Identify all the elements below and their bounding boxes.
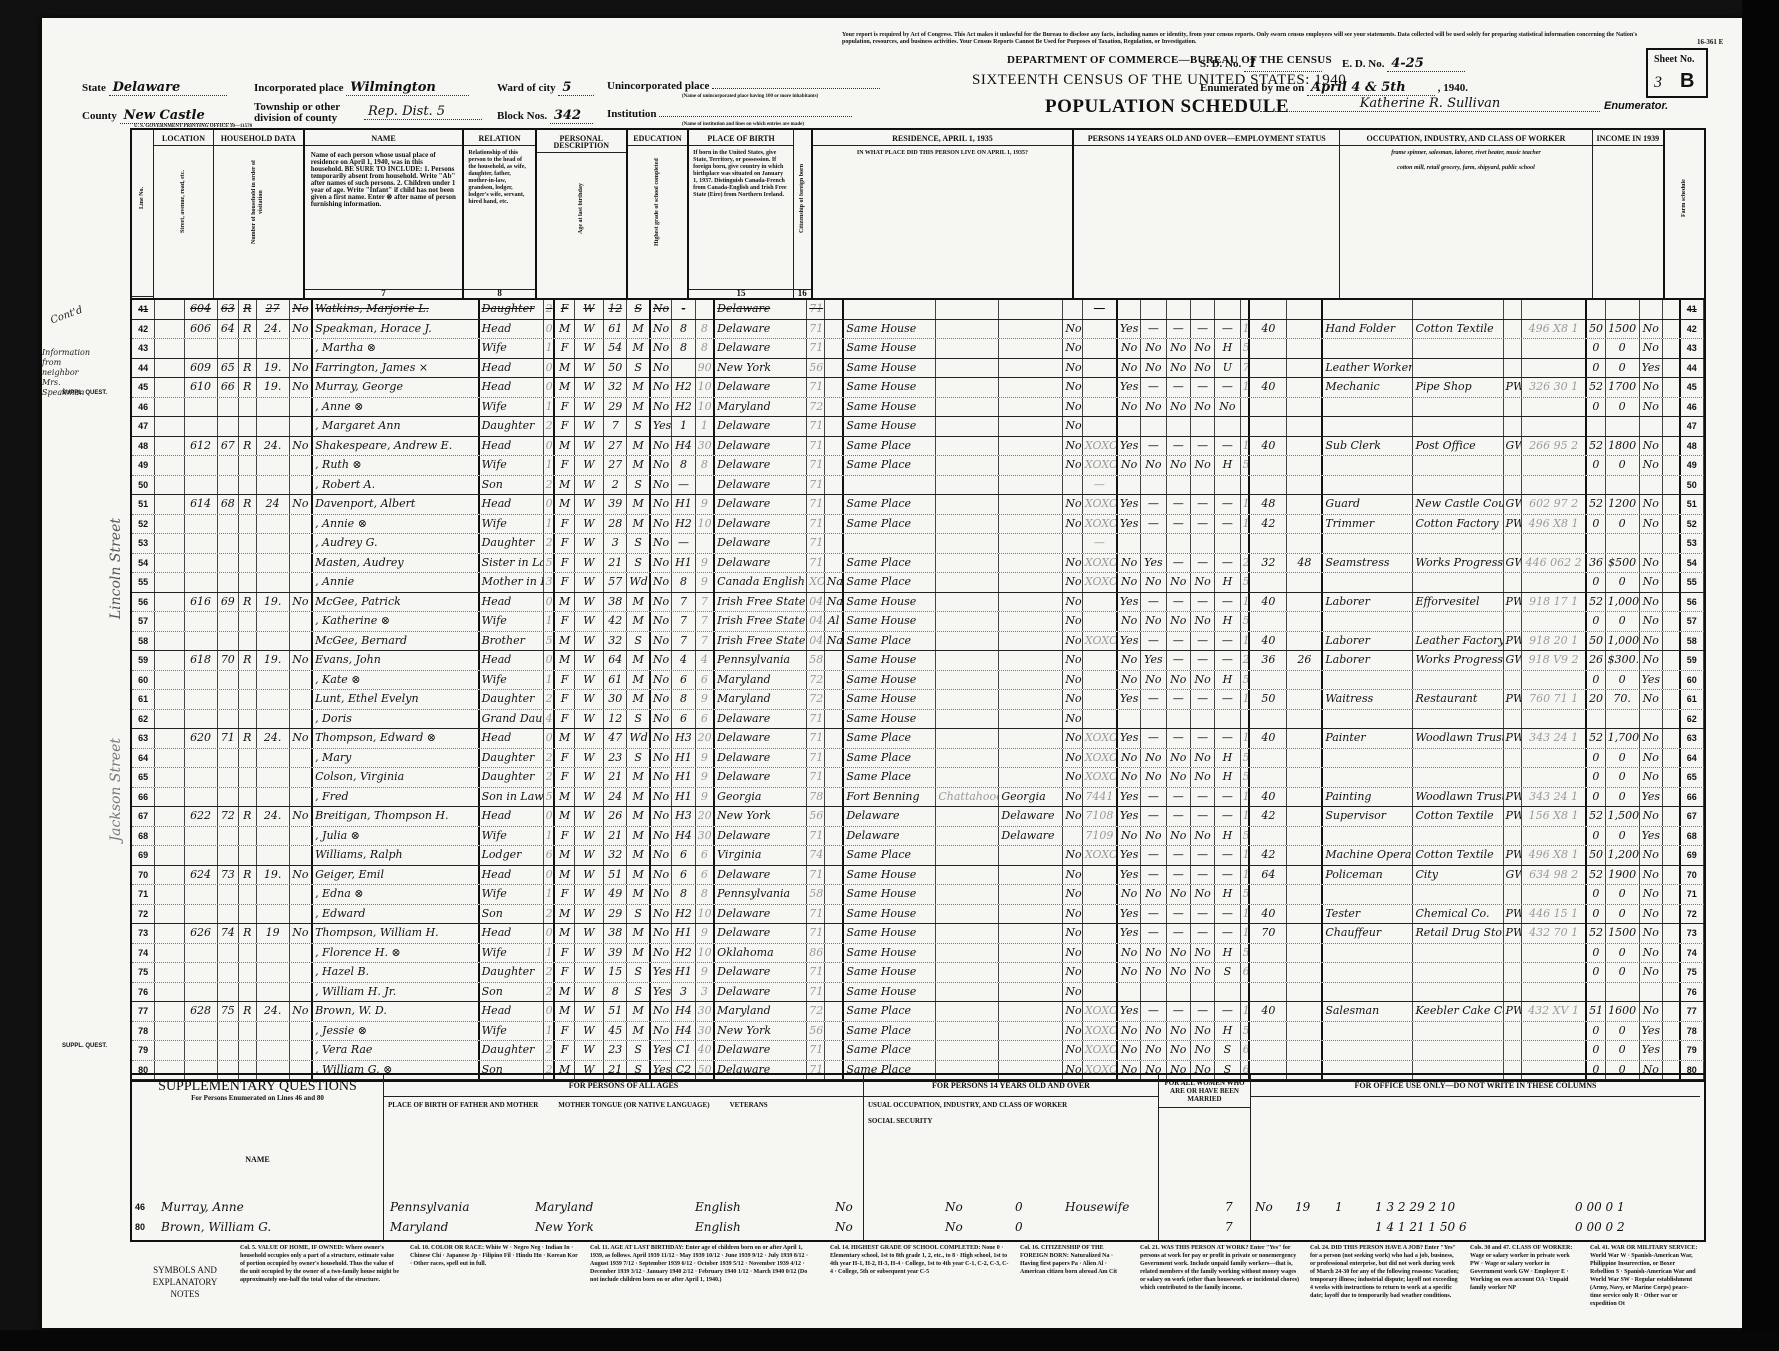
cell-codeB: 9: [696, 495, 716, 514]
cell-age: 23: [604, 1041, 627, 1060]
column-header-row: Line No. LOCATIONStreet, avenue, road, e…: [132, 130, 1704, 300]
table-row: 4260664R24.NoSpeakman, Horace J.Head0MW6…: [132, 320, 1704, 340]
cell-industry: Cotton Textile: [1413, 320, 1503, 339]
cell-codeC: 56: [807, 1022, 825, 1041]
enumerated-year: , 1940.: [1438, 82, 1468, 94]
cell-line: 58: [132, 632, 155, 651]
cell-codeD: —: [1083, 534, 1118, 553]
cell-emerg: No: [1167, 573, 1191, 592]
cell-school: No: [651, 573, 672, 592]
cell-cit: Al: [825, 612, 845, 631]
cell-farm-sched: [1663, 905, 1681, 924]
cell-wages: 1200: [1606, 495, 1640, 514]
cell-age: 3: [604, 534, 627, 553]
cell-race: W: [575, 671, 604, 690]
cell-relation: Wife: [480, 1022, 544, 1041]
cell-race: W: [575, 729, 604, 748]
table-row: 61Lunt, Ethel EvelynDaughter2FW30MNo89Ma…: [132, 690, 1704, 710]
cell-industry: [1413, 671, 1503, 690]
cell-other: [1215, 417, 1240, 436]
cell-codeA: 1: [544, 398, 556, 417]
cell-line: 68: [1681, 827, 1704, 846]
table-row: 46, Anne ⊗Wife1FW29MNoH210Maryland72Same…: [132, 398, 1704, 418]
cell-seeking: —: [1141, 320, 1166, 339]
cell-industry: [1413, 398, 1503, 417]
cell-industry: Retail Drug Store: [1413, 924, 1503, 943]
cell-industry: Works Progress: [1413, 554, 1503, 573]
cell-emerg: —: [1167, 846, 1191, 865]
supp-cell-age-marriage: [1292, 1217, 1328, 1237]
cell-name: Murray, George: [313, 378, 480, 397]
cell-farm: No: [290, 807, 313, 826]
cell-street: [155, 944, 184, 963]
cell-has-job: No: [1191, 1022, 1215, 1041]
cell-farm-sched: [1663, 515, 1681, 534]
cell-res-county: [936, 398, 999, 417]
cell-occupation: Salesman: [1323, 1002, 1413, 1021]
cell-cit: [825, 729, 845, 748]
cell-name: , Edward: [313, 905, 480, 924]
cell-codeB: 8: [696, 885, 716, 904]
cell-codeB: 1: [696, 417, 716, 436]
cell-birthplace: Delaware: [715, 924, 807, 943]
cell-other-inc: No: [1640, 807, 1663, 826]
cell-occupation: [1323, 612, 1413, 631]
cell-grade: 7: [672, 612, 695, 631]
cell-seeking: No: [1141, 359, 1166, 378]
cell-weeks-unemp: [1287, 456, 1323, 475]
cell-res-farm: No: [1063, 1041, 1083, 1060]
cell-codeC: 71: [807, 905, 825, 924]
cell-tenure: R: [239, 729, 257, 748]
col-farm-schedule: Farm schedule: [1665, 130, 1704, 298]
cell-hours: [1250, 963, 1287, 982]
cell-res-county: [936, 515, 999, 534]
cell-birthplace: Delaware: [715, 534, 807, 553]
cell-res-county: [936, 593, 999, 612]
cell-res-city: Same House: [844, 924, 936, 943]
table-row: 66, FredSon in Law5MW24MNoH19Georgia78Fo…: [132, 788, 1704, 808]
cell-age: 38: [604, 593, 627, 612]
cell-relation: Son in Law: [480, 788, 544, 807]
cell-race: W: [575, 593, 604, 612]
cell-hh: [218, 417, 239, 436]
cell-has-job: No: [1191, 963, 1215, 982]
cell-birthplace: Delaware: [715, 437, 807, 456]
cell-industry: Works Progress: [1413, 651, 1503, 670]
cell-codeE: [1241, 417, 1251, 436]
notes-col41: Col. 41. WAR OR MILITARY SERVICE: World …: [1590, 1244, 1700, 1308]
cell-value: [257, 944, 290, 963]
cell-race: W: [575, 398, 604, 417]
cell-grade: H3: [672, 729, 695, 748]
cell-class: [1504, 944, 1523, 963]
cell-race: W: [575, 710, 604, 729]
cell-codeA: 2: [544, 1041, 556, 1060]
cell-weeks-unemp: [1287, 398, 1323, 417]
cell-industry: Restaurant: [1413, 690, 1503, 709]
cell-farm-sched: [1663, 924, 1681, 943]
cell-name: Evans, John: [313, 651, 480, 670]
cell-seeking: Yes: [1141, 651, 1166, 670]
cell-other: [1215, 300, 1240, 319]
cell-line: 72: [1681, 905, 1704, 924]
cell-street: [155, 846, 184, 865]
cell-line: 48: [132, 437, 155, 456]
cell-res-farm: No: [1063, 554, 1083, 573]
cell-res-county: [936, 768, 999, 787]
cell-res-farm: No: [1063, 359, 1083, 378]
cell-seeking: —: [1141, 593, 1166, 612]
cell-other: H: [1215, 749, 1240, 768]
cell-grade: 8: [672, 690, 695, 709]
cell-wages: 1,700: [1606, 729, 1640, 748]
table-row: 7762875R24.NoBrown, W. D.Head0MW51MNoH43…: [132, 1002, 1704, 1022]
cell-age: 39: [604, 495, 627, 514]
cell-codeD: XOXO: [1083, 768, 1118, 787]
cell-occupation: Machine Operator: [1323, 846, 1413, 865]
supp-subtitle: For Persons Enumerated on Lines 46 and 8…: [132, 1094, 383, 1102]
cell-class: GW: [1504, 437, 1523, 456]
cell-name: Thompson, William H.: [313, 924, 480, 943]
cell-codeA: 0: [544, 807, 556, 826]
table-row: 78, Jessie ⊗Wife1FW45MNoH430New York56Sa…: [132, 1022, 1704, 1042]
cell-farm: No: [290, 593, 313, 612]
cell-at-work: Yes: [1118, 846, 1141, 865]
cell-cit: [825, 788, 845, 807]
cell-has-job: No: [1191, 1041, 1215, 1060]
cell-line: 50: [132, 476, 155, 495]
cell-tenure: R: [239, 593, 257, 612]
cell-codeA: 2: [544, 417, 556, 436]
cell-codeE: 1: [1241, 378, 1251, 397]
cell-age: 29: [604, 398, 627, 417]
cell-school: No: [651, 846, 672, 865]
cell-weeks: 0: [1587, 339, 1606, 358]
cell-other: —: [1215, 905, 1240, 924]
cell-hh: 68: [218, 495, 239, 514]
cell-has-job: —: [1191, 905, 1215, 924]
cell-wages: 0: [1606, 768, 1640, 787]
cell-codeD: [1083, 671, 1118, 690]
cell-res-city: Same House: [844, 398, 936, 417]
cell-birthplace: New York: [715, 807, 807, 826]
enumerated-date-value: April 4 & 5th: [1307, 80, 1435, 96]
cell-emerg: —: [1167, 1002, 1191, 1021]
supplementary-questions: SUPPLEMENTARY QUESTIONS For Persons Enum…: [130, 1073, 1706, 1242]
cell-other-inc: No: [1640, 515, 1663, 534]
cell-res-county: [936, 534, 999, 553]
cell-tenure: R: [239, 866, 257, 885]
cell-street: [155, 612, 184, 631]
cell-other-inc: No: [1640, 339, 1663, 358]
cell-codeC: 71: [807, 1041, 825, 1060]
cell-birthplace: Delaware: [715, 554, 807, 573]
cell-line: 73: [132, 924, 155, 943]
cell-farm-sched: [1663, 1041, 1681, 1060]
cell-res-county: [936, 320, 999, 339]
cell-cit: [825, 554, 845, 573]
cell-weeks: 0: [1587, 768, 1606, 787]
cell-line: 53: [1681, 534, 1704, 553]
cell-hours: [1250, 768, 1287, 787]
cell-industry: Woodlawn Trustee: [1413, 788, 1503, 807]
notes-symbols: SYMBOLS AND EXPLANATORY NOTES: [150, 1264, 220, 1300]
cell-cit: [825, 866, 845, 885]
cell-wages: 0: [1606, 573, 1640, 592]
cell-house: 626: [185, 924, 218, 943]
cell-weeks-unemp: [1287, 1022, 1323, 1041]
cell-codeA: 0: [544, 866, 556, 885]
cell-school: No: [651, 612, 672, 631]
cell-line: 55: [1681, 573, 1704, 592]
cell-occupation: [1323, 944, 1413, 963]
cell-birthplace: Delaware: [715, 983, 807, 1002]
cell-codeC: 71: [807, 963, 825, 982]
cell-line: 51: [132, 495, 155, 514]
cell-other: H: [1215, 944, 1240, 963]
cell-seeking: No: [1141, 963, 1166, 982]
cell-value: [257, 1022, 290, 1041]
cell-codeE: 1: [1241, 632, 1251, 651]
cell-res-state: [999, 885, 1063, 904]
cell-value: [257, 690, 290, 709]
cell-race: W: [575, 534, 604, 553]
cell-at-work: Yes: [1118, 320, 1141, 339]
cell-cit: Na: [825, 573, 845, 592]
cell-hours: 36: [1250, 651, 1287, 670]
cell-res-city: Same House: [844, 417, 936, 436]
cell-grade: 8: [672, 885, 695, 904]
cell-grade: 1: [672, 417, 695, 436]
cell-school: No: [651, 749, 672, 768]
cell-codeB: 20: [696, 807, 716, 826]
cell-res-county: [936, 963, 999, 982]
margin-note-contd: Cont'd: [49, 305, 84, 327]
cell-other: —: [1215, 437, 1240, 456]
cell-occupation: [1323, 768, 1413, 787]
cell-has-job: [1191, 300, 1215, 319]
cell-res-farm: No: [1063, 944, 1083, 963]
cell-line: 47: [1681, 417, 1704, 436]
cell-relation: Wife: [480, 612, 544, 631]
cell-birthplace: Delaware: [715, 710, 807, 729]
cell-res-city: Same Place: [844, 632, 936, 651]
cell-other-inc: [1640, 983, 1663, 1002]
cell-hours: [1250, 398, 1287, 417]
township-value: Rep. Dist. 5: [364, 104, 482, 120]
cell-other-inc: [1640, 300, 1663, 319]
cell-grade: H3: [672, 807, 695, 826]
sd-value: 1: [1244, 56, 1322, 72]
cell-hh: 69: [218, 593, 239, 612]
cell-street: [155, 359, 184, 378]
cell-name: , Fred: [313, 788, 480, 807]
cell-res-state: [999, 768, 1063, 787]
cell-codeB: 9: [696, 690, 716, 709]
cell-res-state: [999, 593, 1063, 612]
cell-at-work: No: [1118, 554, 1141, 573]
cell-cit: [825, 1002, 845, 1021]
cell-codeC: 78: [807, 788, 825, 807]
cell-weeks-unemp: [1287, 768, 1323, 787]
cell-line: 67: [1681, 807, 1704, 826]
cell-codeE: 1: [1241, 690, 1251, 709]
cell-birthplace: Maryland: [715, 398, 807, 417]
cell-emerg: —: [1167, 378, 1191, 397]
enumerator-label: Enumerator.: [1604, 100, 1668, 112]
cell-farm: No: [290, 300, 313, 319]
cell-line: 55: [132, 573, 155, 592]
cell-other: —: [1215, 515, 1240, 534]
cell-has-job: —: [1191, 495, 1215, 514]
cell-birthplace: Canada English: [715, 573, 807, 592]
cell-cit: Na: [825, 593, 845, 612]
cell-industry: [1413, 944, 1503, 963]
cell-farm: [290, 398, 313, 417]
cell-other-inc: No: [1640, 554, 1663, 573]
cell-codeC: 56: [807, 807, 825, 826]
cell-codeB: 90: [696, 359, 716, 378]
cell-weeks-unemp: [1287, 905, 1323, 924]
cell-codeC: 71: [807, 515, 825, 534]
cell-value: 19.: [257, 866, 290, 885]
cell-seeking: No: [1141, 944, 1166, 963]
cell-age: 61: [604, 320, 627, 339]
cell-other: —: [1215, 690, 1240, 709]
cell-weeks: 0: [1587, 788, 1606, 807]
cell-res-farm: No: [1063, 456, 1083, 475]
cell-school: No: [651, 1002, 672, 1021]
cell-occupation: Sub Clerk: [1323, 437, 1413, 456]
cell-relation: Wife: [480, 944, 544, 963]
cell-codeD: [1083, 905, 1118, 924]
cell-farm-sched: [1663, 632, 1681, 651]
cell-weeks-unemp: [1287, 515, 1323, 534]
cell-codeA: 2: [544, 963, 556, 982]
cell-industry: [1413, 827, 1503, 846]
cell-name: , William H. Jr.: [313, 983, 480, 1002]
cell-res-state: [999, 1002, 1063, 1021]
cell-other: H: [1215, 339, 1240, 358]
cell-hours: 40: [1250, 729, 1287, 748]
cell-house: 628: [185, 1002, 218, 1021]
cell-weeks-unemp: [1287, 885, 1323, 904]
cell-weeks-unemp: [1287, 339, 1323, 358]
cell-tenure: R: [239, 378, 257, 397]
cell-occupation: Painter: [1323, 729, 1413, 748]
cell-emerg: —: [1167, 905, 1191, 924]
cell-res-farm: No: [1063, 885, 1083, 904]
cell-has-job: —: [1191, 632, 1215, 651]
cell-emerg: —: [1167, 554, 1191, 573]
cell-codeA: 5: [544, 788, 556, 807]
cell-grade: 8: [672, 320, 695, 339]
cell-emerg: No: [1167, 768, 1191, 787]
cell-codeA: 1: [544, 515, 556, 534]
cell-cit: [825, 398, 845, 417]
cell-school: No: [651, 729, 672, 748]
supp-cell-usual-occ: [1062, 1217, 1168, 1237]
cell-birthplace: Pennsylvania: [715, 651, 807, 670]
notes-col5: Col. 5. VALUE OF HOME, IF OWNED: Where o…: [240, 1244, 400, 1284]
cell-farm-sched: [1663, 690, 1681, 709]
cell-at-work: No: [1118, 573, 1141, 592]
cell-codeF: 496 X8 1: [1522, 846, 1587, 865]
cell-school: No: [651, 866, 672, 885]
cell-codeB: 10: [696, 905, 716, 924]
supp-cell-tongue: English: [692, 1197, 798, 1217]
cell-res-county: [936, 612, 999, 631]
cell-codeC: 04: [807, 632, 825, 651]
cell-res-farm: No: [1063, 651, 1083, 670]
cell-name: , Katherine ⊗: [313, 612, 480, 631]
cell-age: 32: [604, 378, 627, 397]
cell-has-job: —: [1191, 515, 1215, 534]
cell-line: 67: [132, 807, 155, 826]
supp-cell-children: 1: [1332, 1197, 1368, 1217]
cell-at-work: No: [1118, 651, 1141, 670]
census-sheet: Your report is required by Act of Congre…: [42, 18, 1742, 1328]
supp-cell-married-more: [1252, 1217, 1288, 1237]
cell-birthplace: Oklahoma: [715, 944, 807, 963]
cell-codeE: 2: [1241, 651, 1251, 670]
cell-street: [155, 963, 184, 982]
cell-weeks: 0: [1587, 456, 1606, 475]
cell-at-work: No: [1118, 612, 1141, 631]
cell-codeC: 04: [807, 593, 825, 612]
supp-cell-office: 1 3 2 29 2 10: [1372, 1197, 1558, 1217]
cell-birthplace: Maryland: [715, 690, 807, 709]
cell-name: , Jessie ⊗: [313, 1022, 480, 1041]
cell-other-inc: Yes: [1640, 788, 1663, 807]
notes-col14: Col. 14. HIGHEST GRADE OF SCHOOL COMPLET…: [830, 1244, 1010, 1276]
cell-other-inc: No: [1640, 729, 1663, 748]
cell-marital: Wd: [627, 573, 650, 592]
cell-weeks: 26: [1587, 651, 1606, 670]
cell-codeF: 156 X8 1: [1522, 807, 1587, 826]
cell-line: 58: [1681, 632, 1704, 651]
cell-res-city: Same House: [844, 690, 936, 709]
cell-res-farm: No: [1063, 573, 1083, 592]
cell-codeD: [1083, 612, 1118, 631]
cell-relation: Wife: [480, 339, 544, 358]
cell-school: No: [651, 476, 672, 495]
cell-value: [257, 612, 290, 631]
cell-other: —: [1215, 554, 1240, 573]
cell-hours: [1250, 534, 1287, 553]
cell-industry: Woodlawn Trustee: [1413, 729, 1503, 748]
cell-school: No: [651, 437, 672, 456]
cell-grade: H1: [672, 554, 695, 573]
cell-school: No: [651, 320, 672, 339]
cell-weeks-unemp: [1287, 924, 1323, 943]
cell-birthplace: New York: [715, 359, 807, 378]
cell-street: [155, 1041, 184, 1060]
cell-line: 41: [1681, 300, 1704, 319]
cell-weeks: 0: [1587, 515, 1606, 534]
cell-race: W: [575, 944, 604, 963]
cell-line: 54: [1681, 554, 1704, 573]
cell-occupation: Policeman: [1323, 866, 1413, 885]
cell-emerg: No: [1167, 612, 1191, 631]
cell-at-work: No: [1118, 1022, 1141, 1041]
suppl-quest-mark-46: SUPPL. QUEST.: [62, 390, 107, 396]
cell-sex: F: [555, 300, 575, 319]
cell-occupation: [1323, 710, 1413, 729]
cell-cit: Na: [825, 632, 845, 651]
cell-has-job: [1191, 710, 1215, 729]
